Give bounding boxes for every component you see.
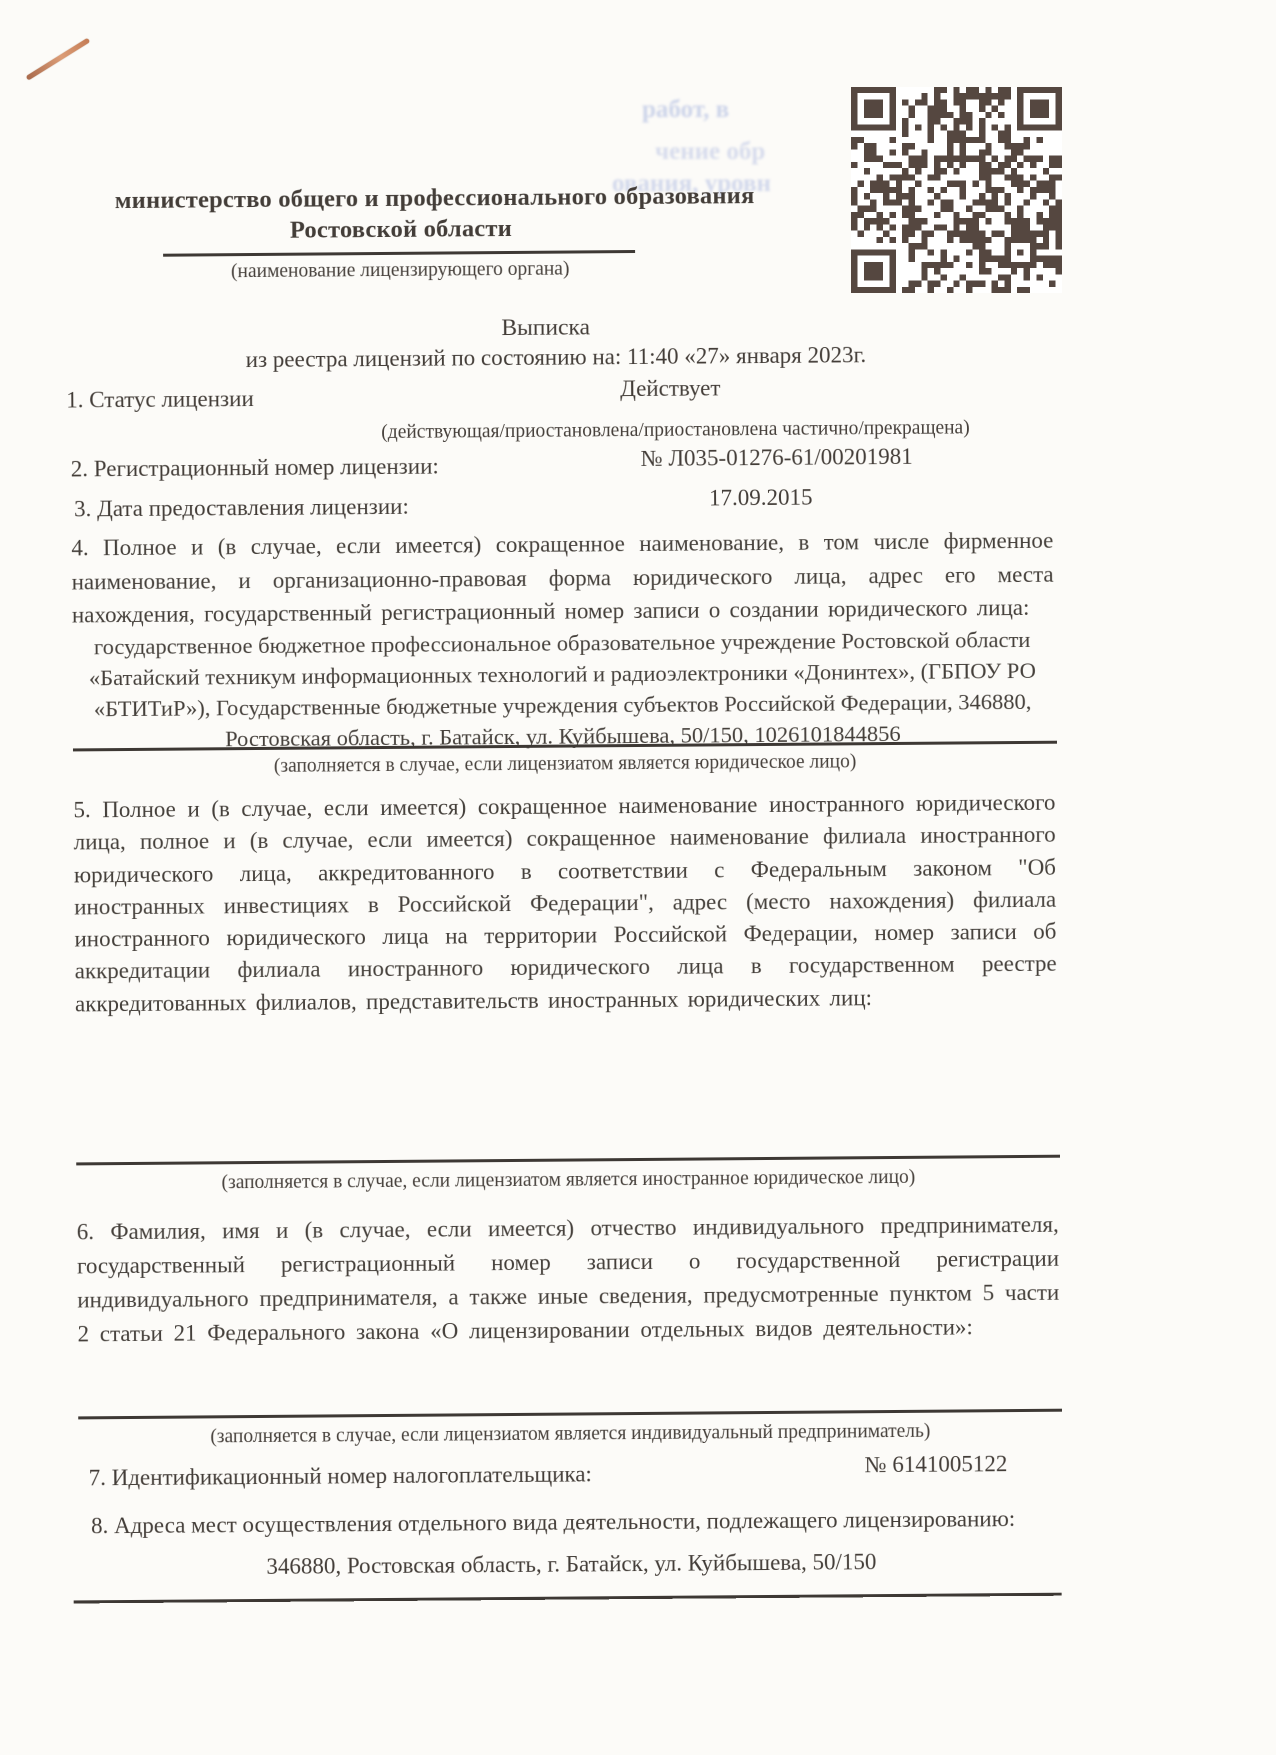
field-legal-entity-value: государственное бюджетное профессиональн… <box>78 624 1047 756</box>
field-foreign-entity-label: 5. Полное и (в случае, если имеется) сок… <box>73 787 1057 1021</box>
scanned-license-extract-page: работ, в чение обр ования, уровн министе… <box>0 0 1276 1755</box>
document-title: Выписка <box>246 312 846 344</box>
field-foreign-entity-caption: (заполняется в случае, если лицензиатом … <box>76 1166 1060 1196</box>
field-reg-number-value: № Л035-01276-61/00201981 <box>641 444 913 472</box>
field-addresses-label: 8. Адреса мест осуществления отдельного … <box>91 1505 1151 1539</box>
header-underline <box>163 250 635 257</box>
field-legal-entity-label: 4. Полное и (в случае, если имеется) сок… <box>71 524 1054 632</box>
divider-line <box>76 1155 1060 1166</box>
document-date-line: из реестра лицензий по состоянию на: 11:… <box>56 341 1056 375</box>
field-status-label: 1. Статус лицензии <box>66 386 254 413</box>
field-status-value: Действует <box>620 375 720 402</box>
divider-line <box>74 1593 1062 1604</box>
field-status-caption: (действующая/приостановлена/приостановле… <box>364 417 986 444</box>
authority-caption: (наименование лицензирующего органа) <box>160 258 640 284</box>
field-grant-date-label: 3. Дата предоставления лицензии: <box>74 494 409 523</box>
licensing-authority-name: министерство общего и профессионального … <box>65 180 805 248</box>
field-individual-caption: (заполняется в случае, если лицензиатом … <box>78 1420 1062 1450</box>
field-inn-label: 7. Идентификационный номер налогоплатель… <box>89 1461 592 1491</box>
field-grant-date-value: 17.09.2015 <box>709 485 813 512</box>
field-reg-number-label: 2. Регистрационный номер лицензии: <box>71 454 439 483</box>
document-sheet: министерство общего и профессионального … <box>0 0 1276 1755</box>
field-addresses-value: 346880, Ростовская область, г. Батайск, … <box>79 1548 1063 1582</box>
field-inn-value: № 6141005122 <box>865 1451 1008 1478</box>
divider-line <box>78 1409 1062 1420</box>
field-individual-label: 6. Фамилия, имя и (в случае, если имеетс… <box>77 1208 1060 1352</box>
authority-line2: Ростовской области <box>31 211 771 248</box>
